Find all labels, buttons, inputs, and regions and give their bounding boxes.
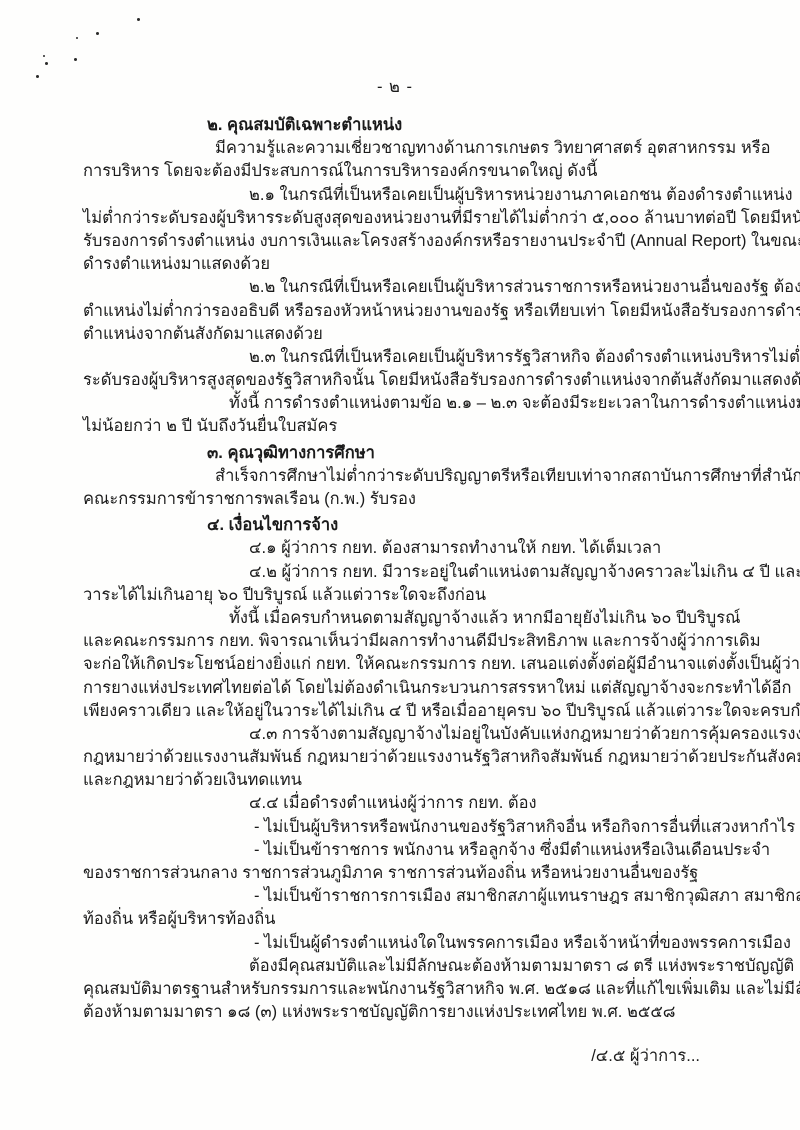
text-line-clause-4-2: ๔.๒ ผู้ว่าการ กยท. มีวาระอยู่ในตำแหน่งตา… — [83, 561, 763, 584]
text-line-clause-4-3: ๔.๓ การจ้างตามสัญญาจ้างไม่อยู่ในบังคับแห… — [83, 723, 763, 746]
text-line: ตำแหน่งไม่ต่ำกว่ารองอธิบดี หรือรองหัวหน้… — [83, 300, 763, 323]
text-line-clause-4-4: ๔.๔ เมื่อดำรงตำแหน่งผู้ว่าการ กยท. ต้อง — [83, 792, 763, 815]
continuation-mark: /๔.๕ ผู้ว่าการ... — [591, 1043, 700, 1069]
text-line: และกฎหมายว่าด้วยเงินทดแทน — [83, 769, 763, 792]
text-line: ไม่น้อยกว่า ๒ ปี นับถึงวันยื่นใบสมัคร — [83, 415, 763, 438]
text-line: ของราชการส่วนกลาง ราชการส่วนภูมิภาค ราชก… — [83, 862, 763, 885]
text-line-dash-item: - ไม่เป็นผู้ดำรงตำแหน่งใดในพรรคการเมือง … — [83, 932, 763, 955]
scan-speck — [76, 37, 78, 39]
text-line: รับรองการดำรงตำแหน่ง งบการเงินและโครงสร้… — [83, 230, 763, 253]
scan-speck — [74, 58, 77, 61]
text-line: จะก่อให้เกิดประโยชน์อย่างยิ่งแก่ กยท. ให… — [83, 653, 763, 676]
scanned-document-page: - ๒ - ๒. คุณสมบัติเฉพาะตำแหน่ง มีความรู้… — [0, 0, 800, 1130]
text-line: มีความรู้และความเชี่ยวชาญทางด้านการเกษตร… — [83, 137, 763, 160]
document-body: ๒. คุณสมบัติเฉพาะตำแหน่ง มีความรู้และควา… — [83, 114, 763, 1024]
text-line: เพียงคราวเดียว และให้อยู่ในวาระได้ไม่เกิ… — [83, 700, 763, 723]
text-line-clause-2-2: ๒.๒ ในกรณีที่เป็นหรือเคยเป็นผู้บริหารส่ว… — [83, 276, 763, 299]
text-line-dash-item: - ไม่เป็นข้าราชการการเมือง สมาชิกสภาผู้แ… — [83, 885, 763, 908]
text-line: ต้องมีคุณสมบัติและไม่มีลักษณะต้องห้ามตาม… — [83, 955, 763, 978]
section-heading-4: ๔. เงื่อนไขการจ้าง — [83, 514, 763, 537]
text-line: และคณะกรรมการ กยท. พิจารณาเห็นว่ามีผลการ… — [83, 630, 763, 653]
text-line-clause-2-3: ๒.๓ ในกรณีที่เป็นหรือเคยเป็นผู้บริหารรัฐ… — [83, 346, 763, 369]
text-line: ต้องห้ามตามมาตรา ๑๘ (๓) แห่งพระราชบัญญัต… — [83, 1001, 763, 1024]
text-line-dash-item: - ไม่เป็นผู้บริหารหรือพนักงานของรัฐวิสาห… — [83, 816, 763, 839]
text-line: กฎหมายว่าด้วยแรงงานสัมพันธ์ กฎหมายว่าด้ว… — [83, 746, 763, 769]
scan-speck — [96, 32, 99, 35]
text-line: ทั้งนี้ เมื่อครบกำหนดตามสัญญาจ้างแล้ว หา… — [83, 607, 763, 630]
text-line: วาระได้ไม่เกินอายุ ๖๐ ปีบริบูรณ์ แล้วแต่… — [83, 584, 763, 607]
text-line: คุณสมบัติมาตรฐานสำหรับกรรมการและพนักงานร… — [83, 978, 763, 1001]
text-line-clause-4-1: ๔.๑ ผู้ว่าการ กยท. ต้องสามารถทำงานให้ กย… — [83, 537, 763, 560]
text-line: การยางแห่งประเทศไทยต่อได้ โดยไม่ต้องดำเน… — [83, 677, 763, 700]
text-line: การบริหาร โดยจะต้องมีประสบการณ์ในการบริห… — [83, 160, 763, 183]
text-line: ดำรงตำแหน่งมาแสดงด้วย — [83, 253, 763, 276]
text-line-dash-item: - ไม่เป็นข้าราชการ พนักงาน หรือลูกจ้าง ซ… — [83, 839, 763, 862]
text-line: ไม่ต่ำกว่าระดับรองผู้บริหารระดับสูงสุดขอ… — [83, 207, 763, 230]
section-heading-3: ๓. คุณวุฒิทางการศึกษา — [83, 442, 763, 465]
scan-speck — [45, 62, 48, 65]
text-line: คณะกรรมการข้าราชการพลเรือน (ก.พ.) รับรอง — [83, 488, 763, 511]
section-heading-2: ๒. คุณสมบัติเฉพาะตำแหน่ง — [83, 114, 763, 137]
page-number: - ๒ - — [0, 74, 790, 100]
scan-speck — [43, 55, 45, 57]
text-line: สำเร็จการศึกษาไม่ต่ำกว่าระดับปริญญาตรีหร… — [83, 465, 763, 488]
scan-speck — [137, 18, 140, 21]
text-line: ตำแหน่งจากต้นสังกัดมาแสดงด้วย — [83, 323, 763, 346]
text-line-clause-2-1: ๒.๑ ในกรณีที่เป็นหรือเคยเป็นผู้บริหารหน่… — [83, 184, 763, 207]
text-line: ทั้งนี้ การดำรงตำแหน่งตามข้อ ๒.๑ – ๒.๓ จ… — [83, 392, 763, 415]
text-line: ท้องถิ่น หรือผู้บริหารท้องถิ่น — [83, 908, 763, 931]
text-line: ระดับรองผู้บริหารสูงสุดของรัฐวิสาหกิจนั้… — [83, 369, 763, 392]
